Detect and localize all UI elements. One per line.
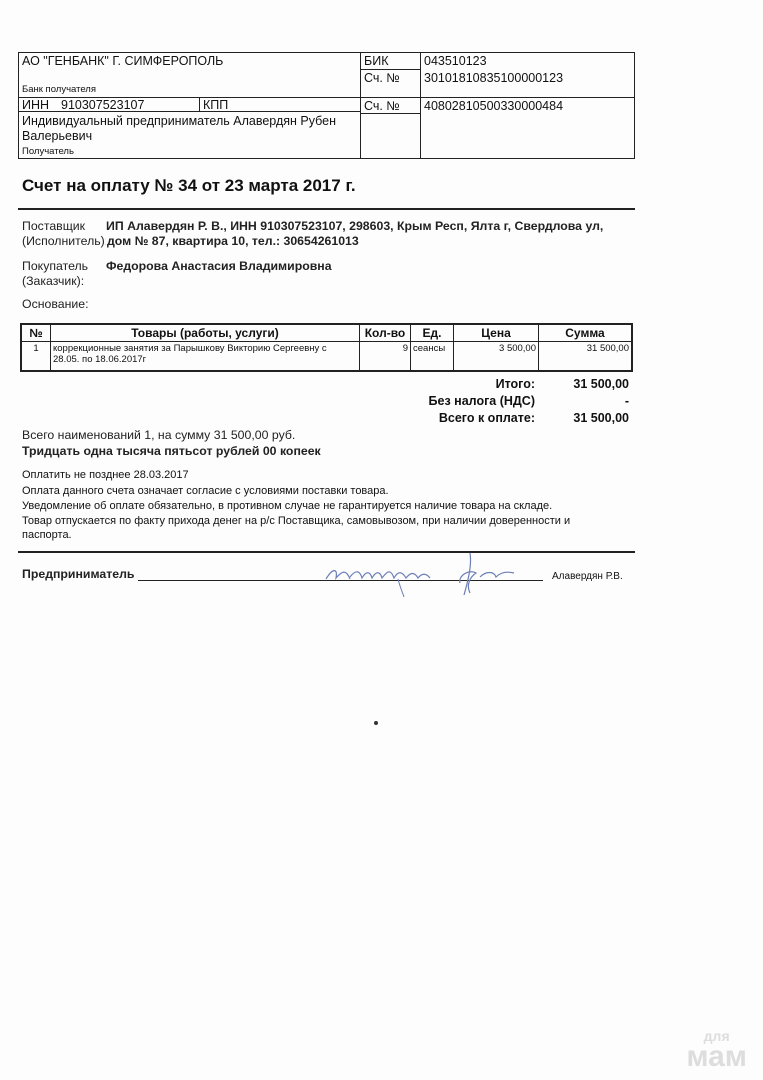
items-table: № Товары (работы, услуги) Кол-во Ед. Цен… bbox=[20, 323, 633, 372]
cell-qty: 9 bbox=[360, 342, 411, 372]
supplier-value-line2: дом № 87, квартира 10, тел.: 30654261013 bbox=[106, 234, 359, 248]
bank-name: АО "ГЕНБАНК" Г. СИМФЕРОПОЛЬ bbox=[22, 54, 223, 68]
divider bbox=[360, 113, 420, 114]
watermark-logo: для мам bbox=[686, 1030, 747, 1070]
cell-price: 3 500,00 bbox=[454, 342, 539, 372]
bank-details-box: АО "ГЕНБАНК" Г. СИМФЕРОПОЛЬ Банк получат… bbox=[18, 52, 635, 159]
divider bbox=[420, 53, 421, 158]
inn-label: ИНН bbox=[22, 98, 49, 112]
col-sum: Сумма bbox=[539, 324, 633, 342]
divider bbox=[360, 69, 420, 70]
signer-name: Алавердян Р.В. bbox=[552, 571, 623, 582]
bik-value: 043510123 bbox=[424, 54, 487, 68]
amount-in-words: Тридцать одна тысяча пятьсот рублей 00 к… bbox=[22, 444, 321, 458]
buyer-label-sub: (Заказчик): bbox=[22, 274, 84, 288]
col-num: № bbox=[21, 324, 51, 342]
note-notification: Уведомление об оплате обязательно, в про… bbox=[22, 500, 552, 512]
watermark-line2: мам bbox=[686, 1043, 747, 1070]
handwritten-signature bbox=[320, 545, 520, 600]
supplier-value-line1: ИП Алавердян Р. В., ИНН 910307523107, 29… bbox=[106, 219, 603, 233]
col-unit: Ед. bbox=[411, 324, 454, 342]
recipient-caption: Получатель bbox=[22, 146, 74, 157]
recipient-name-line1: Индивидуальный предприниматель Алавердян… bbox=[22, 114, 336, 128]
corr-account-label: Сч. № bbox=[364, 71, 400, 85]
signature-role: Предприниматель bbox=[22, 567, 135, 581]
buyer-label: Покупатель bbox=[22, 259, 88, 273]
buyer-value: Федорова Анастасия Владимировна bbox=[106, 259, 332, 273]
cell-sum: 31 500,00 bbox=[539, 342, 633, 372]
title-rule bbox=[18, 208, 635, 210]
goods-line1: коррекционные занятия за Парышкову Викто… bbox=[53, 343, 357, 354]
total-value: 31 500,00 bbox=[573, 377, 629, 391]
recipient-name-line2: Валерьевич bbox=[22, 129, 92, 143]
supplier-label-sub: (Исполнитель): bbox=[22, 234, 108, 248]
col-qty: Кол-во bbox=[360, 324, 411, 342]
due-label: Всего к оплате: bbox=[439, 411, 535, 425]
divider bbox=[199, 97, 200, 111]
col-price: Цена bbox=[454, 324, 539, 342]
vat-label: Без налога (НДС) bbox=[429, 394, 535, 408]
total-label: Итого: bbox=[496, 377, 535, 391]
note-consent: Оплата данного счета означает согласие с… bbox=[22, 485, 389, 497]
note-pay-by: Оплатить не позднее 28.03.2017 bbox=[22, 469, 189, 481]
kpp-label: КПП bbox=[203, 98, 228, 112]
vat-value: - bbox=[625, 394, 629, 408]
basis-label: Основание: bbox=[22, 297, 89, 311]
table-row: 1 коррекционные занятия за Парышкову Вик… bbox=[21, 342, 632, 372]
due-value: 31 500,00 bbox=[573, 411, 629, 425]
cell-unit: сеансы bbox=[411, 342, 454, 372]
items-count-line: Всего наименований 1, на сумму 31 500,00… bbox=[22, 428, 295, 442]
scan-speck bbox=[374, 721, 378, 725]
supplier-label: Поставщик bbox=[22, 219, 85, 233]
corr-account-value: 30101810835100000123 bbox=[424, 71, 563, 85]
goods-line2: 28.05. по 18.06.2017г bbox=[53, 354, 357, 365]
bik-label: БИК bbox=[364, 54, 388, 68]
table-header-row: № Товары (работы, услуги) Кол-во Ед. Цен… bbox=[21, 324, 632, 342]
col-goods: Товары (работы, услуги) bbox=[51, 324, 360, 342]
invoice-title: Счет на оплату № 34 от 23 марта 2017 г. bbox=[22, 176, 356, 196]
account-label: Сч. № bbox=[364, 99, 400, 113]
bank-caption: Банк получателя bbox=[22, 84, 96, 95]
account-value: 40802810500330000484 bbox=[424, 99, 563, 113]
inn-value: 910307523107 bbox=[61, 98, 144, 112]
cell-num: 1 bbox=[21, 342, 51, 372]
cell-goods: коррекционные занятия за Парышкову Викто… bbox=[51, 342, 360, 372]
note-release: Товар отпускается по факту прихода денег… bbox=[22, 515, 570, 527]
note-release-cont: паспорта. bbox=[22, 529, 72, 541]
